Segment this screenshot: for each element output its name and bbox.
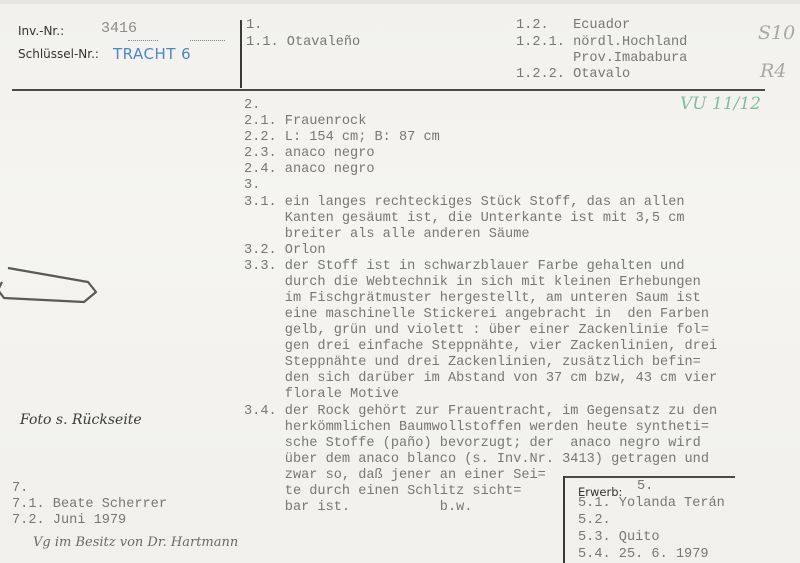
dotted-line bbox=[190, 40, 225, 41]
description-line: te durch einen Schlitz sicht= bbox=[244, 484, 521, 501]
description-line: bar ist. b.w. bbox=[244, 500, 472, 517]
vertical-divider bbox=[240, 20, 242, 88]
description-line: zwar so, daß jener an einer Sei= bbox=[244, 468, 546, 485]
acquisition-left-border bbox=[563, 476, 565, 563]
annotation-r4: R4 bbox=[760, 60, 786, 82]
acquisition-heading: 5. bbox=[637, 479, 653, 496]
description-line: 3.2. Orlon bbox=[244, 243, 326, 260]
section2-dimensions: 2.2. L: 154 cm; B: 87 cm bbox=[244, 130, 440, 147]
photo-note: Foto s. Rückseite bbox=[20, 412, 142, 428]
location-town: 1.2.2. Otavalo bbox=[516, 67, 630, 84]
description-line: Kanten gesäumt ist, die Unterkante ist m… bbox=[244, 211, 685, 228]
description-line: gen drei einfache Steppnähte, vier Zacke… bbox=[244, 339, 717, 356]
description-line: Steppnähte und drei Zackenlinien, zusätz… bbox=[244, 355, 701, 372]
acquisition-field-2: 5.2. bbox=[578, 513, 611, 530]
inv-number-value: 3416 bbox=[101, 20, 137, 37]
description-line: sche Stoffe (paño) bevorzugt; der anaco … bbox=[244, 436, 701, 453]
description-line: den sich darüber im Abstand von 37 cm bz… bbox=[244, 371, 717, 388]
description-line: florale Motive bbox=[244, 387, 399, 404]
description-line: herkömmlichen Baumwollstoffen werden heu… bbox=[244, 420, 709, 437]
inv-number-label: Inv.-Nr.: bbox=[18, 24, 64, 38]
section7-recorder: 7.1. Beate Scherrer bbox=[12, 497, 167, 514]
acquisition-top-border bbox=[563, 476, 735, 478]
acquisition-place: 5.3. Quito bbox=[578, 530, 660, 547]
location-region: 1.2.1. nördl.Hochland bbox=[516, 35, 687, 52]
card-top-edge bbox=[0, 0, 800, 4]
description-line: 3.4. der Rock gehört zur Frauentracht, i… bbox=[244, 404, 717, 421]
section1-heading: 1. bbox=[246, 18, 262, 35]
location-province: Prov.Imababura bbox=[516, 51, 687, 68]
acquisition-date: 5.4. 25. 6. 1979 bbox=[578, 547, 709, 563]
section2-heading: 2. bbox=[244, 98, 260, 115]
index-card: Inv.-Nr.: 3416 Schlüssel-Nr.: TRACHT 6 1… bbox=[0, 0, 800, 563]
horizontal-divider bbox=[12, 89, 765, 91]
description-line: 3.3. der Stoff ist in schwarzblauer Farb… bbox=[244, 259, 685, 276]
description-line: durch die Webtechnik in sich mit kleinen… bbox=[244, 275, 701, 292]
description-line: breiter als alle anderen Säume bbox=[244, 227, 530, 244]
description-line: über dem anaco blanco (s. Inv.Nr. 3413) … bbox=[244, 452, 709, 469]
key-number-label: Schlüssel-Nr.: bbox=[18, 47, 99, 61]
section1-ethnic-group: 1.1. Otavaleño bbox=[246, 35, 360, 52]
section7-date: 7.2. Juni 1979 bbox=[12, 513, 126, 530]
section7-heading: 7. bbox=[12, 481, 28, 498]
description-line: 3.1. ein langes rechteckiges Stück Stoff… bbox=[244, 195, 685, 212]
acquisition-source: 5.1. Yolanda Terán bbox=[578, 496, 725, 513]
dotted-line bbox=[128, 40, 158, 41]
description-line: im Fischgrätmuster hergestellt, am unter… bbox=[244, 291, 701, 308]
location-country: 1.2. Ecuador bbox=[516, 18, 630, 35]
paperclip-icon bbox=[0, 262, 100, 308]
annotation-s10: S10 bbox=[758, 22, 795, 44]
section2-native-name: 2.3. anaco negro bbox=[244, 146, 375, 163]
ownership-note: Vg im Besitz von Dr. Hartmann bbox=[33, 535, 238, 550]
annotation-vu: VU 11/12 bbox=[680, 94, 761, 114]
section2-native-name-alt: 2.4. anaco negro bbox=[244, 162, 375, 179]
description-line: 3. bbox=[244, 178, 260, 195]
section2-object-name: 2.1. Frauenrock bbox=[244, 114, 366, 131]
key-number-value: TRACHT 6 bbox=[113, 45, 191, 63]
description-line: eine maschinelle Stickerei angebracht in… bbox=[244, 307, 709, 324]
description-line: gelb, grün und violett : über einer Zack… bbox=[244, 323, 709, 340]
